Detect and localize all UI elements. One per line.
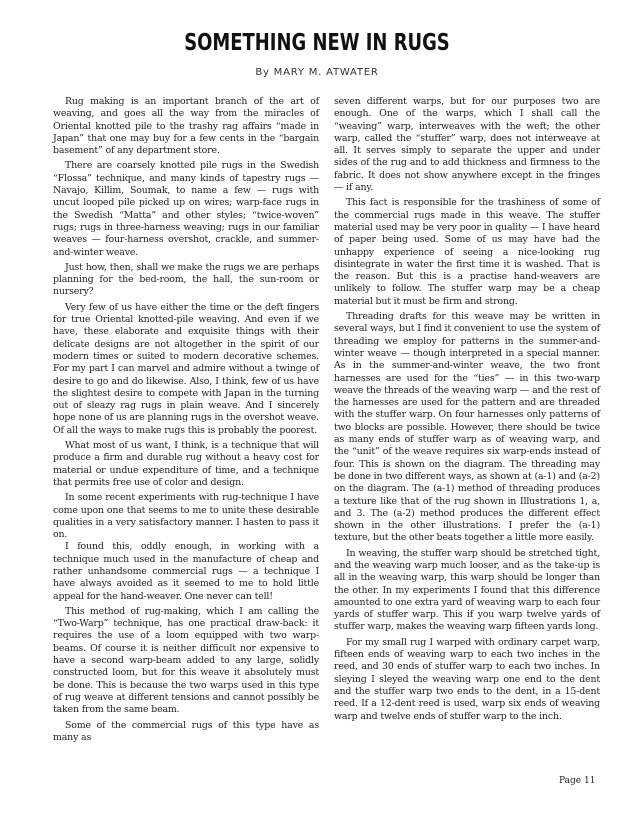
left-column: Rug making is an important branch of the… — [53, 96, 319, 747]
paragraph: Very few of us have either the time or t… — [53, 302, 319, 437]
page-number: Page 11 — [559, 776, 595, 786]
paragraph: Threading drafts for this weave may be w… — [334, 311, 600, 545]
paragraph: I found this, oddly enough, in working w… — [53, 541, 319, 602]
paragraph: This method of rug-making, which I am ca… — [53, 606, 319, 717]
paragraph: Just how, then, shall we make the rugs w… — [53, 262, 319, 299]
paragraph: seven different warps, but for our purpo… — [334, 96, 600, 194]
paragraph: For my small rug I warped with ordinary … — [334, 637, 600, 723]
paragraph: In weaving, the stuffer warp should be s… — [334, 548, 600, 634]
paragraph: This fact is responsible for the trashin… — [334, 197, 600, 308]
paragraph: Some of the commercial rugs of this type… — [53, 720, 319, 745]
paragraph: Rug making is an important branch of the… — [53, 96, 319, 157]
article-byline: By MARY M. ATWATER — [0, 67, 634, 78]
paragraph: There are coarsely knotted pile rugs in … — [53, 160, 319, 258]
right-column: seven different warps, but for our purpo… — [334, 96, 600, 726]
paragraph: What most of us want, I think, is a tech… — [53, 440, 319, 489]
paragraph: In some recent experiments with rug-tech… — [53, 492, 319, 541]
article-title: SOMETHING NEW IN RUGS — [70, 30, 565, 56]
